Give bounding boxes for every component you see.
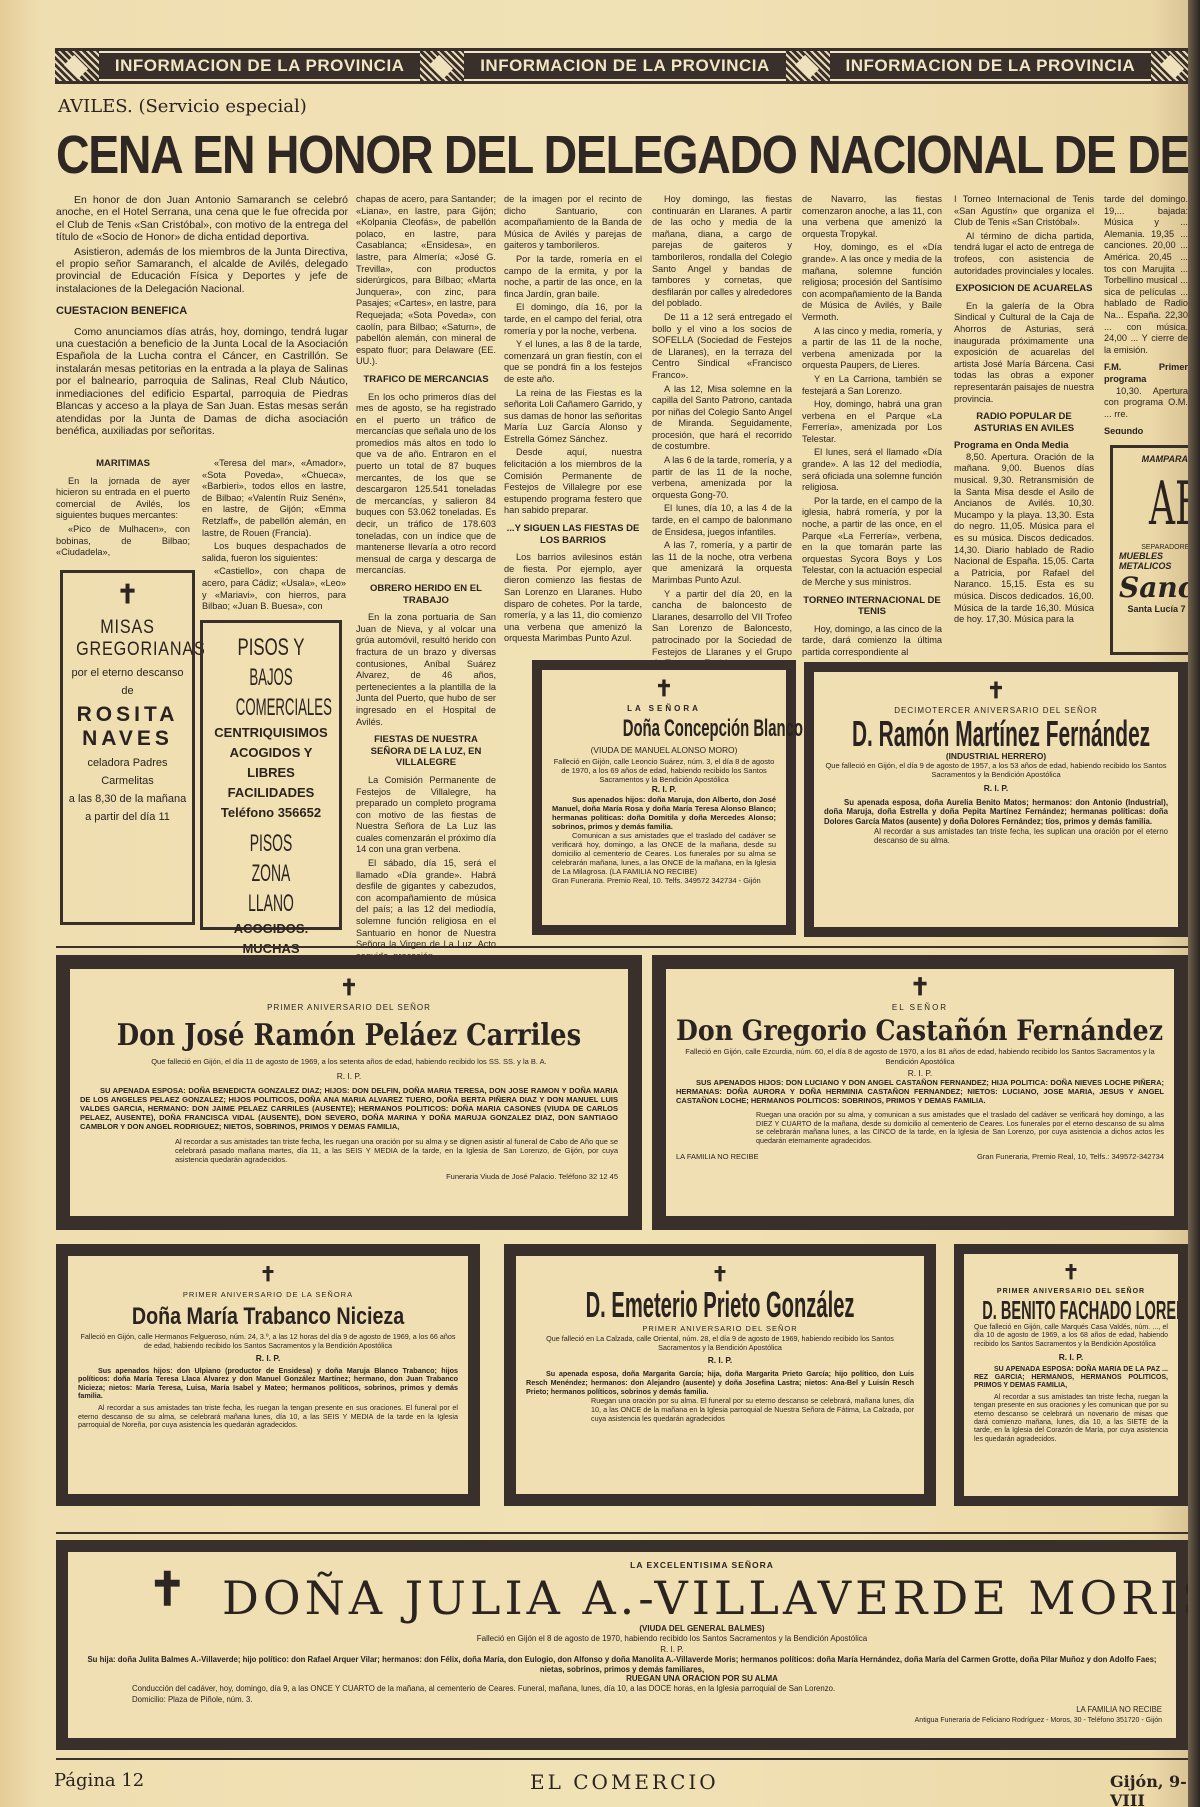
obituary-name: Don Gregorio Castañón Fernández [677,1014,1164,1047]
obituary-death: Falleció en Gijón, calle Ezcurdia, núm. … [676,1047,1164,1068]
obituary-sub: (VIUDA DEL GENERAL BALMES) [82,1624,1162,1634]
paragraph: Hoy, domingo, es el «Día grande». A las … [802,242,942,323]
paragraph: El lunes, será el llamado «Día grande». … [802,447,942,493]
ad-text: por el eterno descanso [67,667,188,679]
subheading: FIESTAS DE NUESTRA SEÑORA DE LA LUZ, EN … [356,734,496,769]
obituary-name: DOÑA JULIA A.-VILLAVERDE MORIS [82,1572,1200,1624]
cross-icon: ✝ [552,676,776,702]
obituary-rip: R. I. P. [80,1071,618,1081]
dateline: AVILES. (Servicio especial) [58,96,307,117]
column-maritimas: MARITIMAS En la jornada de ayer hicieron… [56,452,190,561]
obituary-ramon: ✝ DECIMOTERCER ANIVERSARIO DEL SEÑOR D. … [804,662,1188,937]
ad-misas-gregorianas: ✝ MISAS GREGORIANAS por el eterno descan… [60,570,195,925]
obituary-domicilio: Domicilio: Plaza de Piñole, núm. 3. [82,1695,1162,1705]
subheading: Programa en Onda Media [954,440,1094,452]
paragraph: «Castiello», con chapa de acero, para Cá… [202,566,346,612]
page-binding-edge [1188,0,1200,1807]
obituary-name: Don José Ramón Peláez Carriles [117,1018,581,1053]
obituary-rip: R. I. P. [552,784,776,794]
obituary-name: D. Emeterio Prieto González [586,1284,855,1326]
ad-text: ACOGIDOS Y LIBRES [207,743,335,783]
subheading: OBRERO HERIDO EN EL TRABAJO [356,583,496,606]
paragraph: de Navarro, las fiestas comenzaron anoch… [802,194,942,240]
paragraph: La reina de las Fiestas es la señorita L… [504,388,642,446]
obituary-notice: Ruegan una oración por su alma, y comuni… [676,1111,1164,1145]
obituary-name: Doña María Trabanco Nicieza [132,1303,404,1331]
cross-icon: ✝ [148,1566,187,1612]
paragraph: «Teresa del mar», «Amador», «Sota Poveda… [202,458,346,539]
section-label: INFORMACION DE LA PROVINCIA [99,51,420,81]
cross-icon: ✝ [78,1262,458,1288]
paragraph: A las cinco y media, romería, y a partir… [802,326,942,372]
obituary-pre: LA EXCELENTISIMA SEÑORA [82,1560,1162,1570]
paragraph: Y a partir del día 20, en la cancha de b… [652,589,792,670]
obituary-notice: Al recordar a sus amistades tan triste f… [78,1404,458,1430]
obituary-funeraria: Gran Funeraria, Premio Real, 10, Telfs.:… [977,1152,1164,1162]
paragraph: La Comisión Permanente de Festejos de Vi… [356,775,496,856]
obituary-family: Sus apenados hijos: don Ulpiano (product… [78,1367,458,1401]
ad-text: a partir del día 11 [67,811,188,823]
obituary-death: Que falleció en Gijón, el día 11 de agos… [80,1057,618,1067]
ad-text: Carmelitas [67,775,188,787]
paragraph: Hoy domingo, las fiestas continuarán en … [652,194,792,310]
obituary-notice: Ruegan una oración por su alma. El funer… [526,1396,914,1423]
obituary-inner: ✝ PRIMER ANIVERSARIO DE LA SEÑORA Doña M… [68,1256,468,1494]
obituary-family: SU APENADA ESPOSA: DOÑA BENEDICTA GONZAL… [80,1086,618,1131]
paragraph: Los barrios avilesinos están de fiesta. … [504,552,642,645]
paragraph: Desde aquí, nuestra felicitación a los m… [504,447,642,517]
ad-text: ACOGIDOS. MUCHAS [207,919,335,959]
obituary-pre: LA SEÑORA [552,704,776,713]
cross-icon: ✝ [80,975,618,1001]
ad-title: PISOS ZONA LLANO [234,829,308,919]
subheading: CUESTACION BENEFICA [56,305,348,317]
column-navarro: de Navarro, las fiestas comenzaron anoch… [802,194,942,661]
paragraph: Hoy, domingo, a las cinco de la tarde, d… [802,624,942,659]
paragraph: «Pico de Mulhacen», con bobinas, de Bilb… [56,524,190,559]
obituary-rip: R. I. P. [82,1645,1162,1655]
obituary-no-recibe: LA FAMILIA NO RECIBE [676,1152,759,1162]
obituary-family: Su hija: doña Julita Balmes A.-Villaverd… [82,1655,1162,1674]
paragraph: En la zona portuaria de San Juan de Niev… [356,612,496,728]
column-villalegre: de la imagen por el recinto de dicho San… [504,194,642,647]
paragraph: En la galería de la Obra Sindical y Cult… [954,301,1094,405]
obituary-inner: ✝ LA EXCELENTISIMA SEÑORA DOÑA JULIA A.-… [68,1552,1176,1738]
paragraph: Asistieron, además de los miembros de la… [56,246,348,296]
obituary-family: Su apenada esposa, doña Aurelia Benito M… [824,798,1168,827]
column-radio: I Torneo Internacional de Tenis «San Agu… [954,194,1094,628]
obituary-funeraria: Gran Funeraria. Premio Real, 10. Telfs. … [552,876,776,886]
obituary-death: Que falleció en Gijón, calle Marqués Cas… [974,1324,1168,1349]
obituary-name: D. Ramón Martínez Fernández [852,713,1150,755]
paragraph: Y el lunes, a las 8 de la tarde, comenza… [504,339,642,385]
obituary-inner: ✝ DECIMOTERCER ANIVERSARIO DEL SEÑOR D. … [814,672,1178,927]
paragraph: Hoy, domingo, habrá una gran verbena en … [802,399,942,445]
paragraph: chapas de acero, para Santander; «Liana»… [356,194,496,368]
cross-icon: ✝ [676,975,1164,1001]
column-ships: «Teresa del mar», «Amador», «Sota Poveda… [202,458,346,615]
obituary-family: SU APENADA ESPOSA: DOÑA MARIA DE LA PAZ … [974,1366,1168,1391]
paragraph: En los ocho primeros días del mes de ago… [356,392,496,578]
obituary-footer: LA FAMILIA NO RECIBE Gran Funeraria, Pre… [676,1152,1164,1162]
paragraph: Por la tarde, en el campo de la iglesia,… [802,496,942,589]
paragraph: 10,30. Apertura con programa O.M. ... rr… [1104,386,1188,421]
paragraph: Los buques despachados de salida, fueron… [202,541,346,564]
ad-name: NAVES [67,727,188,751]
ad-phone: Teléfono 356652 [207,803,335,823]
cross-icon: ✝ [974,1260,1168,1286]
article-lead: En honor de don Juan Antonio Samaranch s… [56,194,348,439]
ad-text: MISAS [76,617,179,639]
subheading: ...Y SIGUEN LAS FIESTAS DE LOS BARRIOS [504,523,642,546]
issue-date: Gijón, 9-VIII [1110,1772,1200,1807]
obituary-pre: PRIMER ANIVERSARIO DEL SEÑOR [80,1003,618,1012]
obituary-maria: ✝ PRIMER ANIVERSARIO DE LA SEÑORA Doña M… [56,1244,480,1506]
headline: CENA EN HONOR DEL DELEGADO NACIONAL DE D… [56,124,1041,186]
paragraph: de la imagen por el recinto de dicho San… [504,194,642,252]
subheading: TORNEO INTERNACIONAL DE TENIS [802,595,942,618]
ad-text: MAMPARAS [1119,454,1194,464]
obituary-family: SUS APENADOS HIJOS: DON LUCIANO Y DON AN… [676,1078,1164,1105]
ad-name: ROSITA [67,703,188,727]
obituary-benito: ✝ PRIMER ANIVERSARIO DEL SEÑOR D. BENITO… [954,1244,1188,1506]
obituary-inner: ✝ EL SEÑOR Don Gregorio Castañón Fernánd… [666,969,1174,1216]
paragraph: tarde del domingo. 19,... bajada: Música… [1104,194,1188,356]
obituary-inner: ✝ PRIMER ANIVERSARIO DEL SEÑOR Don José … [70,969,628,1216]
obituary-funeraria: Antigua Funeraria de Feliciano Rodríguez… [82,1716,1162,1726]
paragraph: Al término de dicha partida, tendrá luga… [954,231,1094,277]
paragraph: A las 12, Misa solemne en la capilla del… [652,384,792,454]
divider [56,1758,1188,1760]
ad-text: celadora Padres [67,757,188,769]
subheading: F.M. Primer programa [1104,362,1188,385]
ad-text: CENTRIQUISIMOS [207,723,335,743]
ad-address: Santa Lucía 7 [1119,604,1194,614]
page-footer: Página 12 EL COMERCIO Gijón, 9-VIII [0,1762,1200,1802]
ornament-icon [420,51,464,81]
obituary-rip: R. I. P. [974,1352,1168,1362]
obituary-no-recibe: LA FAMILIA NO RECIBE [82,1705,1162,1715]
column-llaranes: Hoy domingo, las fiestas continuarán en … [652,194,792,685]
paragraph: En la jornada de ayer hicieron su entrad… [56,476,190,522]
obituary-notice: Al recordar a sus amistades tan triste f… [824,827,1168,846]
section-band: INFORMACION DE LA PROVINCIA INFORMACION … [55,48,1195,84]
paragraph: 8,50. Apertura. Oración de la mañana. 9,… [954,452,1094,626]
obituary-concepcion: ✝ LA SEÑORA Doña Concepción Blanco Meana… [532,660,796,935]
ad-text: a las 8,30 de la mañana [67,793,188,805]
obituary-inner: ✝ D. Emeterio Prieto González PRIMER ANI… [516,1256,924,1494]
paragraph: En honor de don Juan Antonio Samaranch s… [56,194,348,244]
ad-brand: Sanchis [1119,571,1194,604]
subheading: TRAFICO DE MERCANCIAS [356,374,496,386]
obituary-rip: R. I. P. [824,783,1168,793]
paragraph: Y en La Carriona, también se festejará a… [802,374,942,397]
newspaper-name: EL COMERCIO [530,1770,719,1794]
obituary-jose-ramon: ✝ PRIMER ANIVERSARIO DEL SEÑOR Don José … [56,955,642,1230]
ad-text: FACILIDADES [207,783,335,803]
obituary-pre: PRIMER ANIVERSARIO DEL SEÑOR [974,1288,1168,1295]
obituary-pre: EL SEÑOR [676,1003,1164,1012]
obituary-family: Su apenada esposa, doña Margarita García… [526,1369,914,1396]
obituary-rip: R. I. P. [526,1355,914,1365]
obituary-gregorio: ✝ EL SEÑOR Don Gregorio Castañón Fernánd… [652,955,1188,1230]
paragraph: De 11 a 12 será entregado el bollo y el … [652,312,792,382]
paragraph: A las 7, romería, y a partir de las 11 d… [652,540,792,586]
divider [56,946,1188,948]
obituary-julia: ✝ LA EXCELENTISIMA SEÑORA DOÑA JULIA A.-… [56,1540,1188,1750]
obituary-pre: PRIMER ANIVERSARIO DE LA SEÑORA [78,1290,458,1299]
paragraph: Como anunciamos días atrás, hoy, domingo… [56,326,348,438]
obituary-death: Que falleció en Gijón, el día 9 de agost… [824,761,1168,779]
ornament-icon [55,51,99,81]
obituary-rip: R. I. P. [78,1353,458,1363]
subheading: Segundo programa [1104,426,1188,434]
obituary-inner: ✝ LA SEÑORA Doña Concepción Blanco Meana… [542,670,786,925]
obituary-inner: ✝ PRIMER ANIVERSARIO DEL SEÑOR D. BENITO… [964,1254,1178,1496]
ad-pisos: PISOS Y BAJOS COMERCIALES CENTRIQUISIMOS… [200,620,342,930]
obituary-death: Que falleció en La Calzada, calle Orient… [526,1335,914,1352]
ad-text: SEPARADORES [1119,544,1194,551]
obituary-conduccion: Conducción del cadáver, hoy, domingo, dí… [82,1684,1162,1694]
section-label: INFORMACION DE LA PROVINCIA [830,51,1151,81]
obituary-notice: Al recordar a sus amistades tan triste f… [974,1394,1168,1444]
page-number: Página 12 [54,1770,144,1791]
newspaper-page: INFORMACION DE LA PROVINCIA INFORMACION … [0,0,1200,1807]
subheading: RADIO POPULAR DE ASTURIAS EN AVILES [954,411,1094,434]
obituary-death: Falleció en Gijón, calle Hermanos Felgue… [78,1333,458,1350]
paragraph: I Torneo Internacional de Tenis «San Agu… [954,194,1094,229]
obituary-rip: R. I. P. [676,1068,1164,1078]
ad-text: MUEBLES METALICOS [1119,551,1194,571]
ad-sanchis: MAMPARAS AF SEPARADORES MUEBLES METALICO… [1110,445,1200,655]
ad-title: PISOS Y [226,633,316,663]
paragraph: A las 6 de la tarde, romería, y a partir… [652,455,792,501]
column-trafico: chapas de acero, para Santander; «Liana»… [356,194,496,964]
obituary-death: Falleció en Gijón, calle Leoncio Suárez,… [552,757,776,784]
column-radio-cont: tarde del domingo. 19,... bajada: Música… [1104,194,1188,434]
obituary-death: Falleció en Gijón el 8 de agosto de 1970… [82,1634,1162,1644]
obituary-emeterio: ✝ D. Emeterio Prieto González PRIMER ANI… [504,1244,936,1506]
obituary-notice: Comunican a sus amistades que el traslad… [552,831,776,876]
divider [56,1532,1188,1534]
cross-icon: ✝ [67,581,188,607]
obituary-name: D. BENITO FACHADO LORENZO [982,1295,1178,1326]
ornament-icon [786,51,830,81]
ad-text: GREGORIANAS [76,639,179,661]
ad-title: BAJOS COMERCIALES [236,663,306,723]
ad-text: de [67,685,188,697]
section-label: INFORMACION DE LA PROVINCIA [464,51,785,81]
paragraph: El domingo, día 16, por la tarde, en el … [504,302,642,337]
obituary-notice: Al recordar a sus amistades tan triste f… [80,1137,618,1164]
obituary-ruegan: RUEGAN UNA ORACION POR SU ALMA [82,1674,1162,1684]
subheading: EXPOSICION DE ACUARELAS [954,283,1094,295]
cross-icon: ✝ [824,678,1168,704]
paragraph: El lunes, día 10, a las 4 de la tarde, e… [652,503,792,538]
paragraph: Por la tarde, romería en el campo de la … [504,254,642,300]
obituary-sub: (VIUDA DE MANUEL ALONSO MORO) [552,745,776,755]
obituary-funeraria: Funeraria Viuda de José Palacio. Teléfon… [80,1172,618,1182]
obituary-family: Sus apenados hijos: doña Maruja, don Alb… [552,795,776,831]
subheading: MARITIMAS [56,458,190,470]
